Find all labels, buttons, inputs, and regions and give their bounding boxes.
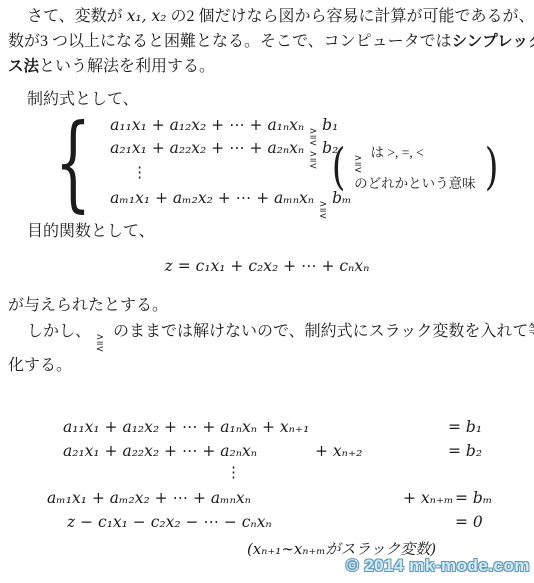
objective-outro: が与えられたとする。 <box>8 293 168 318</box>
slack-row3-slack: + xₙ₊ₘ <box>403 489 454 507</box>
paragraph-intro: さて、変数が x₁, x₂ の2 個だけなら図から容易に計算が可能であるが、変 … <box>8 4 528 79</box>
slack-para-line-1: しかし、>=< のままでは解けないので、制約式にスラック変数を入れて等式 <box>8 319 528 353</box>
left-brace: { <box>55 112 91 212</box>
slack-row2-slack: + xₙ₊₂ <box>315 442 362 460</box>
constraint-row-1: a₁₁x₁ + a₁₂x₂ + ⋯ + a₁ₙxₙ>=<b₁ <box>110 114 351 137</box>
vertical-ellipsis: ⋮ <box>110 160 351 187</box>
slack-para-line-2: 化する。 <box>8 353 528 378</box>
constraint-row1-rhs: b₁ <box>322 116 338 134</box>
slack-row4-lhs: z − c₁x₁ − c₂x₂ − ⋯ − cₙxₙ <box>67 513 272 531</box>
slack-vdots: ⋮ <box>226 463 241 482</box>
slack-para-text-b: のままでは解けないので、制約式にスラック変数を入れて等式 <box>109 323 534 340</box>
slack-row1-lhs: a₁₁x₁ + a₁₂x₂ + ⋯ + a₁ₙxₙ + xₙ₊₁ <box>63 418 309 436</box>
gel-legend: ( >=< は >, =, < のどれかという意味 ) <box>330 142 500 194</box>
gtreqless-icon: >=< <box>96 335 104 353</box>
constraint-row-3: aₘ₁x₁ + aₘ₂x₂ + ⋯ + aₘₙxₙ>=<bₘ <box>110 187 351 210</box>
slack-row3-lhs: aₘ₁x₁ + aₘ₂x₂ + ⋯ + aₘₙxₙ <box>47 489 251 507</box>
slack-para-text-a: しかし、 <box>27 323 91 340</box>
gel-legend-line-2: のどれかという意味 <box>354 174 476 193</box>
simplex-term-part2: ス法 <box>8 58 39 75</box>
intro-line-3: ス法という解法を利用する。 <box>8 54 528 79</box>
right-paren: ) <box>484 139 498 197</box>
copyright-watermark: © 2014 mk-mode.com <box>346 556 530 576</box>
intro-line-2: 数が3 つ以上になると困難となる。そこで、コンピュータではシンプレック <box>8 29 528 54</box>
left-paren: ( <box>332 139 346 197</box>
paragraph-slack: しかし、>=< のままでは解けないので、制約式にスラック変数を入れて等式 化する… <box>8 319 528 378</box>
constraint-equations: a₁₁x₁ + a₁₂x₂ + ⋯ + a₁ₙxₙ>=<b₁ a₂₁x₁ + a… <box>110 114 351 210</box>
gtreqless-icon: >=< <box>354 156 362 174</box>
intro-line-1: さて、変数が x₁, x₂ の2 個だけなら図から容易に計算が可能であるが、変 <box>8 4 528 29</box>
constraint-row2-lhs: a₂₁x₁ + a₂₂x₂ + ⋯ + a₂ₙxₙ <box>110 139 304 157</box>
math-x1-x2: x₁, x₂ <box>127 7 167 25</box>
constraint-row-2: a₂₁x₁ + a₂₂x₂ + ⋯ + a₂ₙxₙ>=<b₂ <box>110 137 351 160</box>
simplex-term-part1: シンプレック <box>452 33 534 50</box>
slack-row2-lhs: a₂₁x₁ + a₂₂x₂ + ⋯ + a₂ₙxₙ <box>63 442 257 460</box>
intro-line3-text: という解法を利用する。 <box>39 58 215 75</box>
intro-line1-text-b: の2 個だけなら図から容易に計算が可能であるが、変 <box>166 8 534 25</box>
constraint-row1-lhs: a₁₁x₁ + a₁₂x₂ + ⋯ + a₁ₙxₙ <box>110 116 304 134</box>
constraint-system: { a₁₁x₁ + a₁₂x₂ + ⋯ + a₁ₙxₙ>=<b₁ a₂₁x₁ +… <box>40 112 352 212</box>
gel-legend-text: >=< は >, =, < のどれかという意味 <box>354 143 476 193</box>
intro-line1-text-a: さて、変数が <box>27 8 127 25</box>
slack-row1-rhs: = b₁ <box>448 418 482 436</box>
objective-equation: z = c₁x₁ + c₂x₂ + ⋯ + cₙxₙ <box>0 257 534 275</box>
intro-line2-text: 数が3 つ以上になると困難となる。そこで、コンピュータでは <box>8 33 452 50</box>
slack-row2-rhs: = b₂ <box>448 442 482 460</box>
slack-row3-rhs: = bₘ <box>455 489 492 507</box>
gtreqless-icon: >=< <box>319 202 327 220</box>
gel-legend-line-1: >=< は >, =, < <box>354 143 476 174</box>
objective-intro: 目的関数として、 <box>27 219 155 244</box>
constraint-row3-lhs: aₘ₁x₁ + aₘ₂x₂ + ⋯ + aₘₙxₙ <box>110 189 314 207</box>
slack-row4-rhs: = 0 <box>455 513 483 531</box>
